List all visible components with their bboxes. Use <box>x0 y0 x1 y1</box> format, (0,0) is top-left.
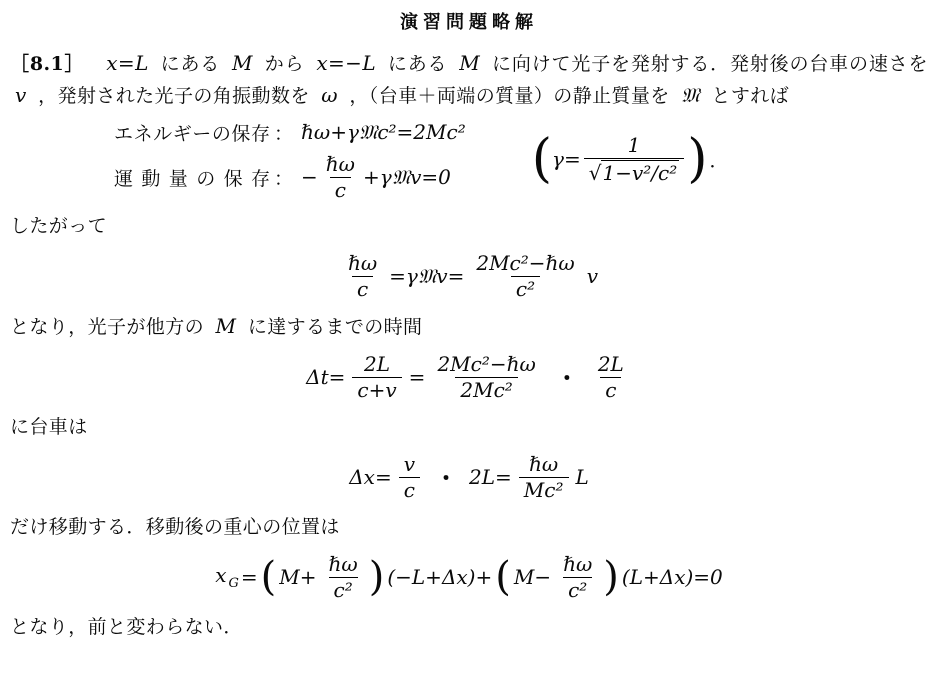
equation-lhs: Δt= <box>306 365 345 389</box>
denominator: c <box>352 276 373 301</box>
connector-text-idou: だけ移動する．移動後の重心の位置は <box>10 512 928 542</box>
colon: ： <box>274 119 293 146</box>
fraction: 1 √1−v²/c² <box>584 134 685 185</box>
equals-sign: = <box>241 565 258 589</box>
numerator: ℏω <box>324 553 363 577</box>
text-segment: となり，光子が他方の <box>10 316 204 338</box>
denominator: c² <box>511 276 540 301</box>
math-segment: M <box>215 314 236 338</box>
text-segment: にある <box>161 53 221 75</box>
text-segment: ，（台車＋両端の質量）の静止質量を <box>349 85 669 107</box>
energy-equation: ℏω+γ𝔐c²=2Mc² <box>301 120 466 144</box>
denominator: c <box>330 177 351 202</box>
numerator: 2L <box>359 353 395 377</box>
equals-sign: = <box>409 365 426 389</box>
solutions-page: 演習問題略解 ［8.1］ x=L にある M から x=−L にある M に向け… <box>10 8 928 642</box>
math-segment: M− <box>514 565 551 589</box>
denominator: Mc² <box>519 477 569 502</box>
denominator: c <box>399 477 420 502</box>
gamma-lhs: γ= <box>552 147 581 171</box>
denominator: c² <box>563 577 592 602</box>
subscript-g: G <box>229 576 239 591</box>
radical-sign: √ <box>589 161 602 185</box>
colon: ： <box>274 164 293 191</box>
rest-mass-symbol: 𝔐 <box>681 83 700 107</box>
denominator: √1−v²/c² <box>584 158 685 185</box>
connector-text-tonari: となり，光子が他方の M に達するまでの時間 <box>10 311 928 342</box>
fraction: 2Mc²−ℏω 2Mc² <box>430 353 542 402</box>
fraction: ℏω c² <box>322 553 365 602</box>
math-segment: x=−L <box>316 51 376 75</box>
math-segment: x=L <box>106 51 149 75</box>
equation-time-interval: Δt= 2L c+v = 2Mc²−ℏω 2Mc² ・ 2L c <box>10 349 928 405</box>
text-segment: とすれば <box>711 85 789 107</box>
numerator: ℏω <box>321 153 360 177</box>
gamma-definition: ( γ= 1 √1−v²/c² ) ． <box>532 134 729 185</box>
problem-statement: ［8.1］ x=L にある M から x=−L にある M に向けて光子を発射す… <box>10 48 928 112</box>
numerator: ℏω <box>343 252 382 276</box>
fraction: v c <box>397 453 422 502</box>
text-segment: に達するまでの時間 <box>248 316 423 338</box>
variable-x: x <box>215 563 226 587</box>
text-segment: に向けて光子を発射する．発射後の台車の速さを <box>492 53 928 75</box>
page-title: 演習問題略解 <box>10 8 928 34</box>
math-segment: M <box>459 51 480 75</box>
open-paren: ( <box>495 559 511 595</box>
connector-text-shitagatte: したがって <box>10 211 928 241</box>
fraction: ℏω c <box>341 252 384 301</box>
equation-middle: =γ𝔐v= <box>389 264 464 288</box>
momentum-equation-rest: +γ𝔐v=0 <box>363 165 451 189</box>
close-paren: ) <box>603 559 619 595</box>
equation-lhs: Δx= <box>349 465 391 489</box>
equation-middle: 2L= <box>469 465 512 489</box>
period: ． <box>710 146 729 173</box>
numerator: v <box>399 453 420 477</box>
close-paren: ) <box>369 559 385 595</box>
fraction: ℏω c <box>321 153 360 202</box>
denominator: c+v <box>352 377 401 402</box>
equation-middle: (−L+Δx)+ <box>387 565 492 589</box>
fraction: 2L c+v <box>350 353 403 402</box>
fraction: 2L c <box>591 353 631 402</box>
connector-text-daisha: に台車は <box>10 412 928 442</box>
numerator: 2Mc²−ℏω <box>471 252 579 276</box>
math-segment: M+ <box>279 565 316 589</box>
equation-tail: (L+Δx)=0 <box>622 565 723 589</box>
math-segment: M <box>232 51 253 75</box>
equation-tail: v <box>587 264 598 288</box>
momentum-label: 運動量の保存 <box>114 164 270 191</box>
equation-displacement: Δx= v c ・ 2L= ℏω Mc² L <box>10 449 928 505</box>
momentum-conservation-row: 運動量の保存 ： − ℏω c +γ𝔐v=0 <box>114 150 466 204</box>
denominator: 2Mc² <box>455 377 517 402</box>
equation-tail: L <box>576 465 589 489</box>
energy-conservation-row: エネルギーの保存 ： ℏω+γ𝔐c²=2Mc² <box>114 114 466 150</box>
numerator: 2L <box>593 353 629 377</box>
math-segment: ω <box>321 83 338 107</box>
energy-label: エネルギーの保存 <box>114 119 270 146</box>
open-paren: ( <box>532 136 552 183</box>
fraction: ℏω Mc² <box>517 453 571 502</box>
conservation-equations: エネルギーの保存 ： ℏω+γ𝔐c²=2Mc² 運動量の保存 ： − ℏω c … <box>114 114 466 204</box>
numerator: 2Mc²−ℏω <box>432 353 540 377</box>
conservation-equations-block: エネルギーの保存 ： ℏω+γ𝔐c²=2Mc² 運動量の保存 ： − ℏω c … <box>114 114 928 204</box>
close-paren: ) <box>687 136 707 183</box>
equation-photon-momentum: ℏω c =γ𝔐v= 2Mc²−ℏω c² v <box>10 248 928 304</box>
numerator: 1 <box>623 134 646 158</box>
variable-with-subscript: xG <box>213 563 239 591</box>
multiplication-dot: ・ <box>435 462 457 493</box>
text-segment: から <box>265 53 305 75</box>
numerator: ℏω <box>558 553 597 577</box>
problem-number: ［8.1］ <box>10 53 84 75</box>
equation-center-of-gravity: xG = ( M+ ℏω c² ) (−L+Δx)+ ( M− ℏω c² ) … <box>10 549 928 605</box>
fraction: ℏω c² <box>556 553 599 602</box>
final-text: となり，前と変わらない． <box>10 612 928 642</box>
math-segment: v <box>15 83 27 107</box>
denominator: c² <box>329 577 358 602</box>
numerator: ℏω <box>524 453 563 477</box>
text-segment: ，発射された光子の角振動数を <box>38 85 310 107</box>
open-paren: ( <box>261 559 277 595</box>
multiplication-dot: ・ <box>556 362 578 393</box>
denominator: c <box>600 377 621 402</box>
fraction: 2Mc²−ℏω c² <box>469 252 581 301</box>
text-segment: にある <box>388 53 448 75</box>
radicand: 1−v²/c² <box>601 160 679 185</box>
minus-sign: − <box>301 165 318 189</box>
